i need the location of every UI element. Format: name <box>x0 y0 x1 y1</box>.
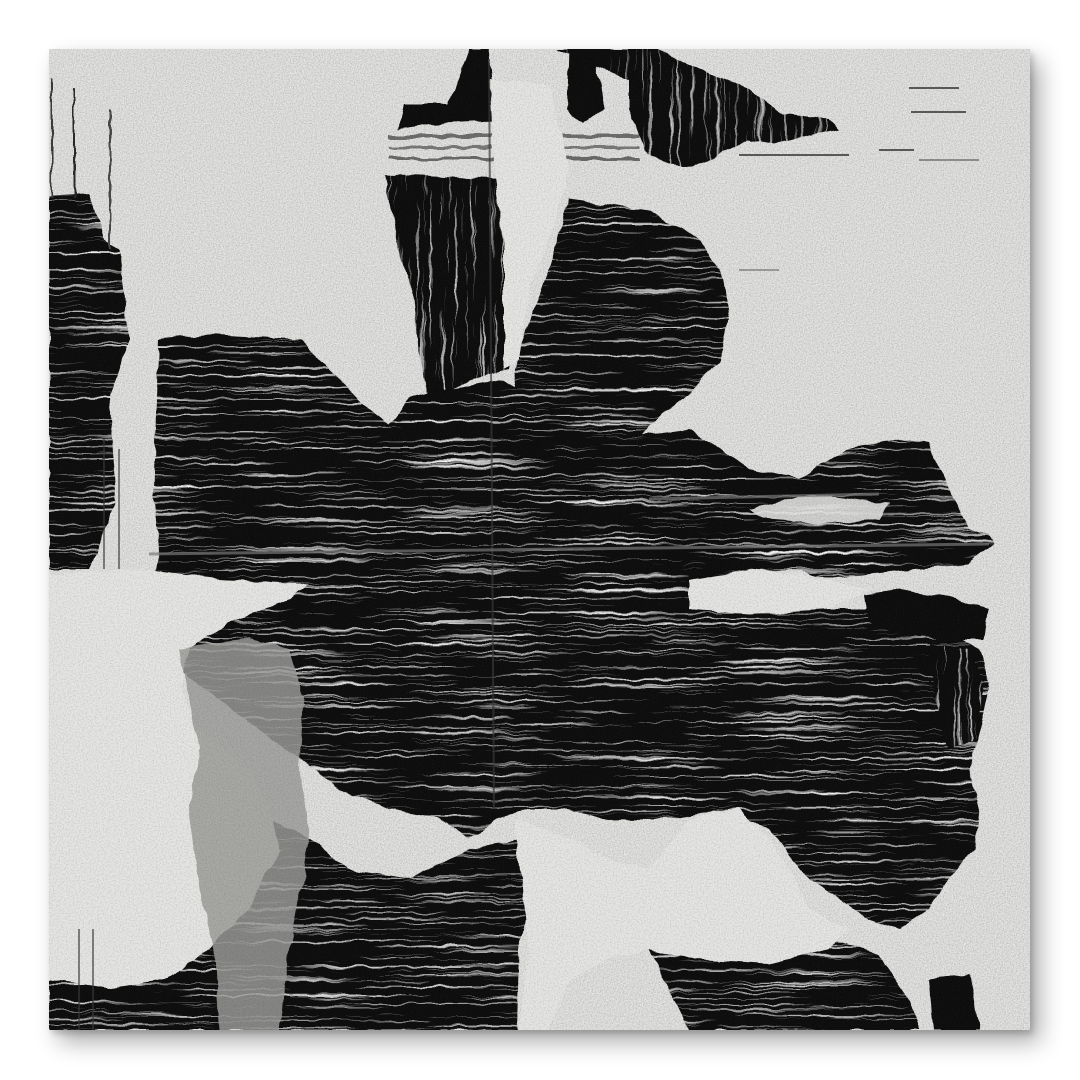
artwork-title: Abstract black and white ink painting on… <box>0 0 1 1</box>
canvas-print <box>49 49 1030 1030</box>
abstract-artwork <box>49 49 1030 1030</box>
product-stage: Abstract black and white ink painting on… <box>0 0 1080 1080</box>
